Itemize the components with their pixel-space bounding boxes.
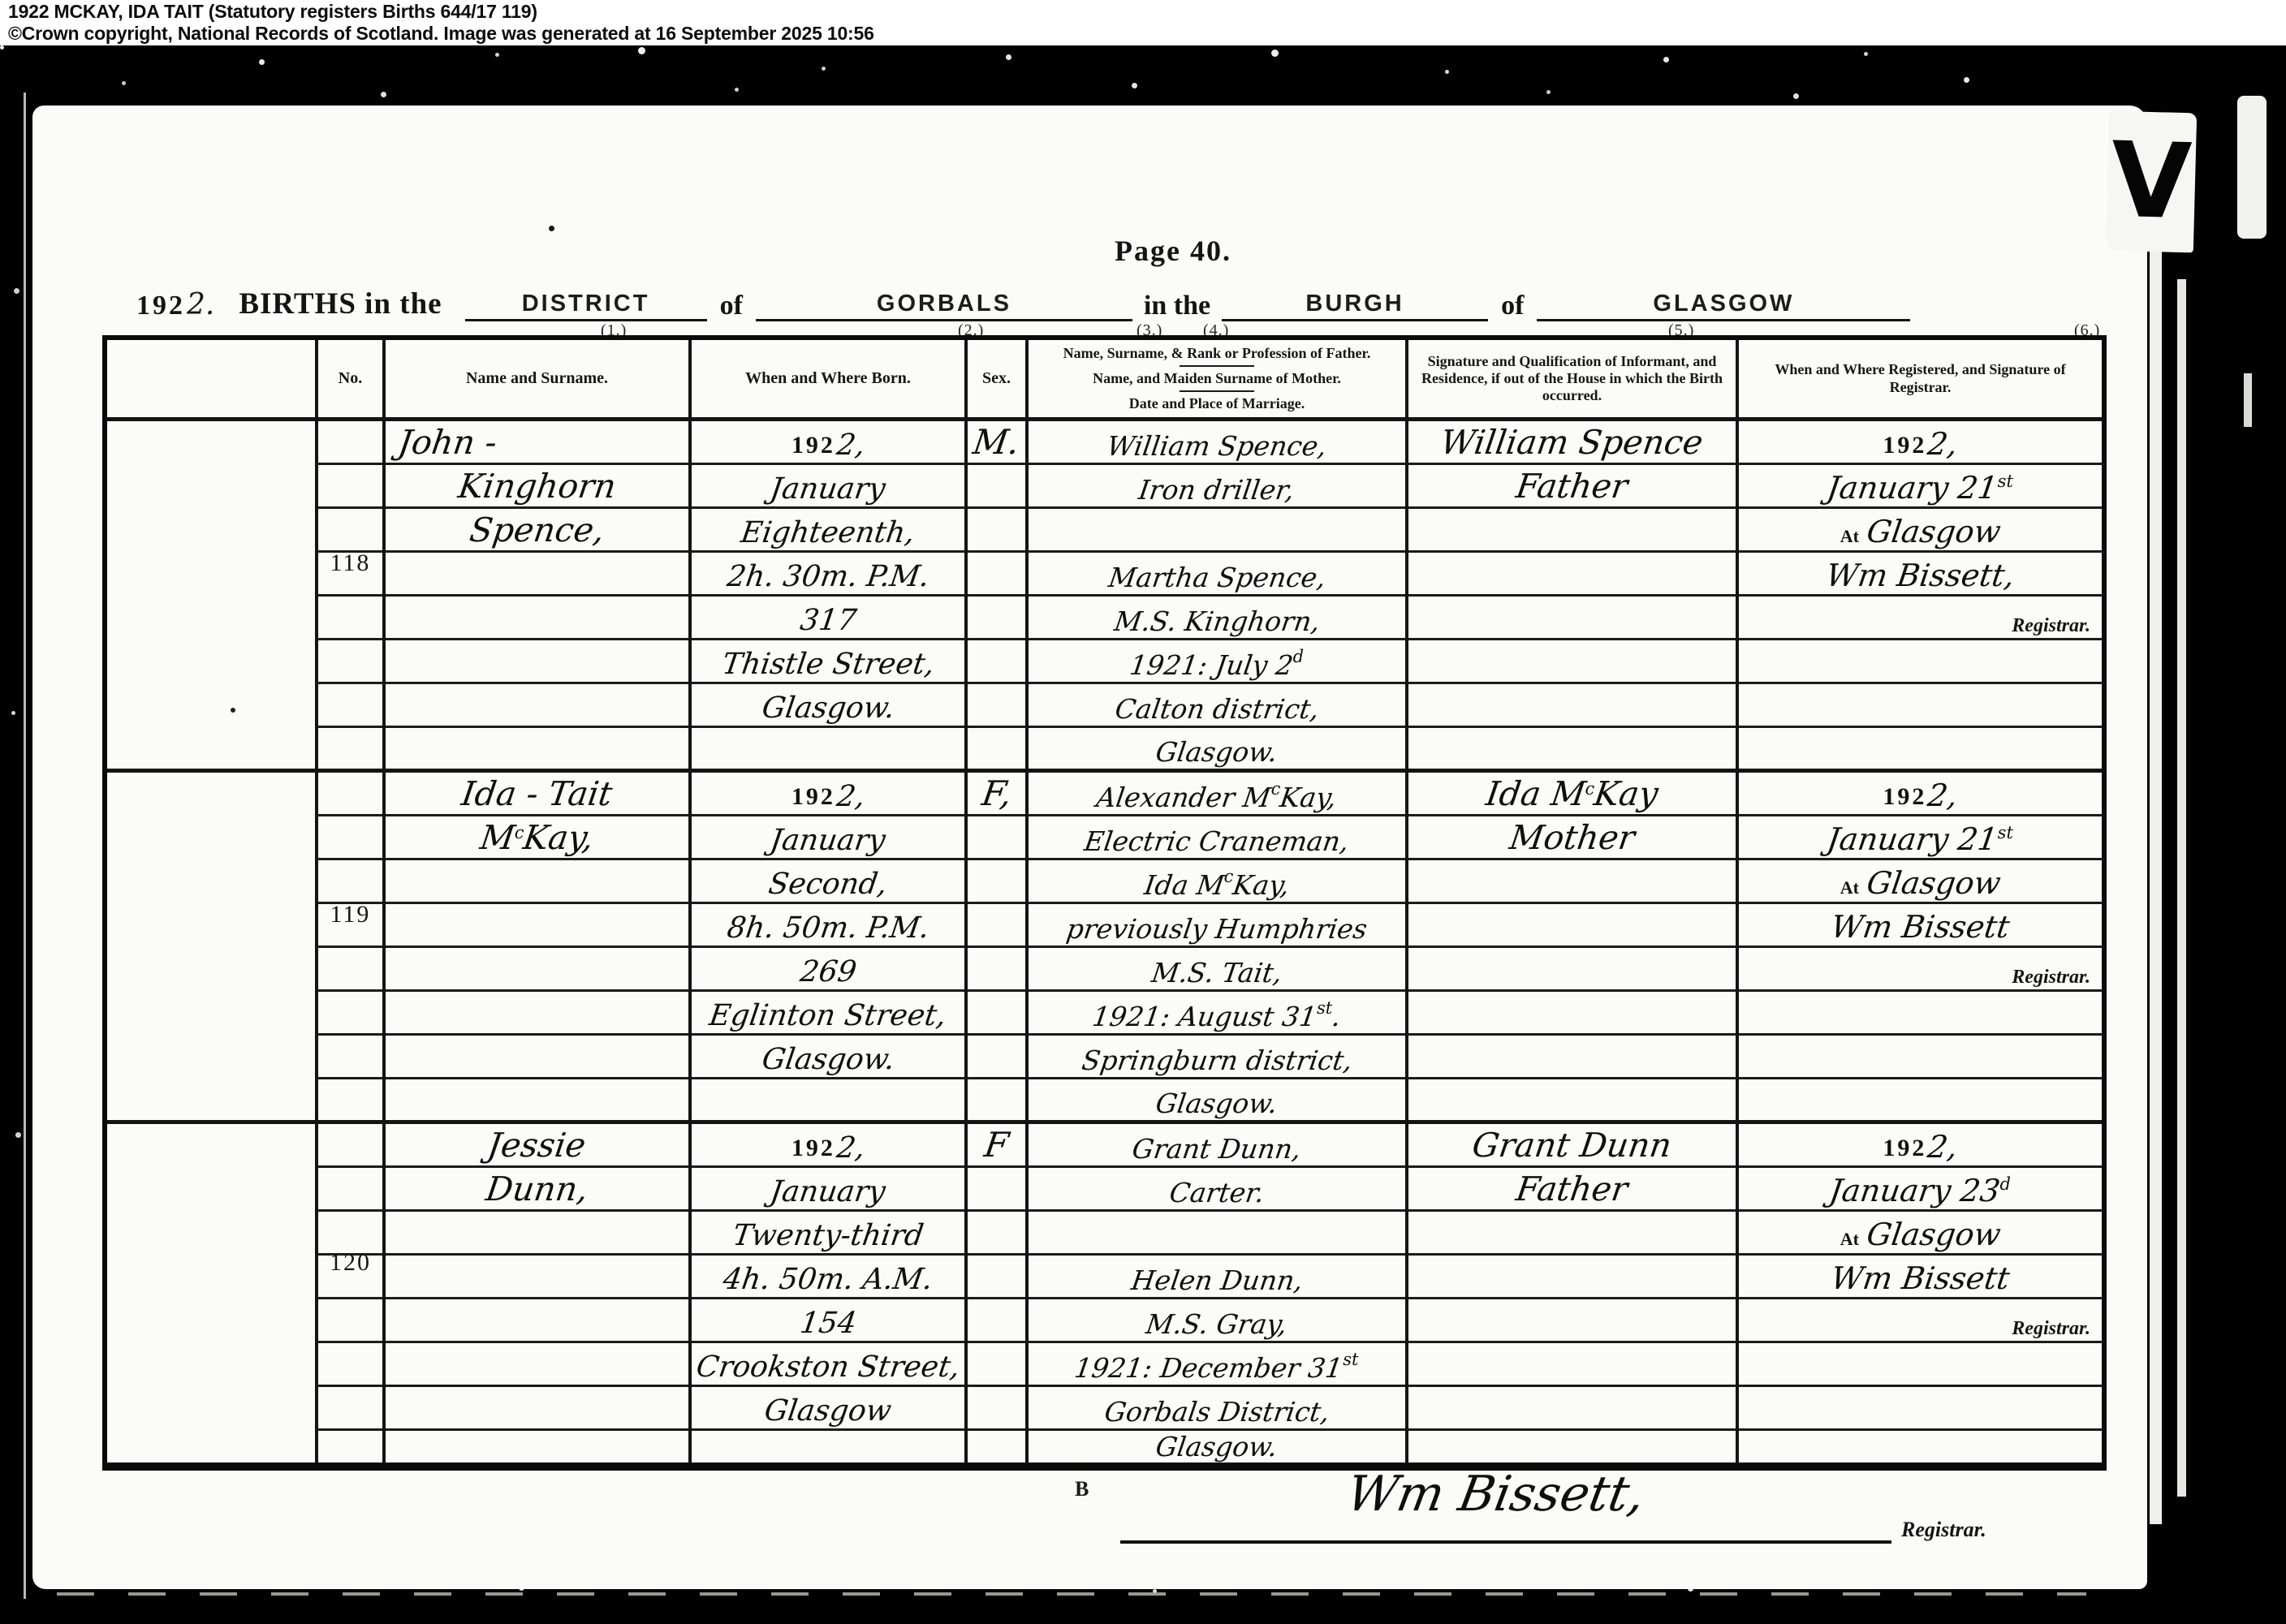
header-name-surname: Name and Surname. xyxy=(386,340,692,421)
ruled-line xyxy=(1408,1299,1736,1343)
ruled-line xyxy=(107,1079,315,1120)
ruled-line xyxy=(968,640,1025,684)
screenshot-root: 1922 MCKAY, IDA TAIT (Statutory register… xyxy=(0,0,2286,1624)
ruled-line xyxy=(968,1387,1025,1431)
entry-line: Springburn district, xyxy=(1029,1036,1405,1079)
ruled-line xyxy=(386,1079,688,1120)
cell-margin xyxy=(107,773,318,1124)
ruled-line xyxy=(968,992,1025,1036)
entry-line: Grant Dunn, xyxy=(1029,1124,1405,1168)
entry-line: Registrar. xyxy=(1739,948,2102,992)
ruled-line xyxy=(1408,553,1736,597)
cell-registered: 1922,January 21stAtGlasgowWm BissettRegi… xyxy=(1739,773,2102,1124)
ruled-line xyxy=(107,597,315,640)
ruled-line xyxy=(107,553,315,597)
ruled-line xyxy=(968,816,1025,860)
title-of-2: of xyxy=(1501,291,1524,321)
viewer-header-bar: 1922 MCKAY, IDA TAIT (Statutory register… xyxy=(0,0,2286,45)
ruled-line xyxy=(107,1431,315,1462)
entry-line: Thistle Street, xyxy=(692,640,964,684)
entry-line: AtGlasgow xyxy=(1739,509,2102,553)
cell-sex: F, xyxy=(968,773,1029,1124)
ruled-line xyxy=(1408,1036,1736,1079)
entry-line: M.S. Tait, xyxy=(1029,948,1405,992)
ruled-line xyxy=(1408,684,1736,728)
entry-line: Ida McKay xyxy=(1408,773,1736,816)
ink-speck xyxy=(549,226,554,231)
ink-speck xyxy=(231,708,235,713)
register-title-line: 192 2. BIRTHS in the DISTRICT of GORBALS… xyxy=(136,281,1910,321)
ruled-line xyxy=(386,1387,688,1431)
entry-line: Alexander McKay, xyxy=(1029,773,1405,816)
ruled-line xyxy=(386,1431,688,1462)
entry-line: Second, xyxy=(692,860,964,904)
page-edge-strip xyxy=(2150,250,2162,1524)
ruled-line xyxy=(107,992,315,1036)
ruled-line xyxy=(1029,1212,1405,1256)
cell-informant: Grant DunnFather xyxy=(1408,1124,1739,1462)
ruled-line xyxy=(386,992,688,1036)
ruled-line xyxy=(1408,1431,1736,1462)
ruled-line xyxy=(1739,1431,2102,1462)
ruled-line xyxy=(318,860,382,904)
entry-line: Carter. xyxy=(1029,1168,1405,1212)
ruled-line xyxy=(318,728,382,772)
entry-line: Father xyxy=(1408,1168,1736,1212)
copyright-line: ©Crown copyright, National Records of Sc… xyxy=(8,23,874,45)
ruled-line xyxy=(386,1036,688,1079)
ruled-line xyxy=(1408,948,1736,992)
ruled-line xyxy=(1739,992,2102,1036)
catalogue-title: 1922 MCKAY, IDA TAIT (Statutory register… xyxy=(8,1,537,23)
ruled-line xyxy=(1408,1343,1736,1387)
ruled-line xyxy=(107,1168,315,1212)
entry-number: 120 xyxy=(318,1249,382,1277)
title-district-value: GORBALS xyxy=(756,291,1132,321)
entry-line: Glasgow. xyxy=(692,1036,964,1079)
ruled-line xyxy=(107,816,315,860)
ruled-line xyxy=(968,728,1025,769)
ruled-line xyxy=(107,509,315,553)
ruled-line xyxy=(1408,992,1736,1036)
entry-line: 1922, xyxy=(692,773,964,816)
cell-sex: F xyxy=(968,1124,1029,1462)
cell-parents: Alexander McKay,Electric Craneman,Ida Mc… xyxy=(1029,773,1408,1124)
entry-line: 1922, xyxy=(1739,421,2102,465)
ruled-line xyxy=(1739,640,2102,684)
entry-line: Grant Dunn xyxy=(1408,1124,1736,1168)
ruled-line xyxy=(107,948,315,992)
ruled-line xyxy=(318,465,382,509)
entry-line: Spence, xyxy=(386,509,688,553)
section-letter: B xyxy=(1075,1477,1089,1501)
entry-line: John - xyxy=(386,421,688,465)
header-sex: Sex. xyxy=(968,340,1029,421)
ruled-line xyxy=(107,1036,315,1079)
entry-line: 269 xyxy=(692,948,964,992)
entry-line: William Spence xyxy=(1408,421,1736,465)
ruled-line xyxy=(968,1079,1025,1120)
entry-line: M. xyxy=(968,421,1025,465)
ruled-line xyxy=(1739,1036,2102,1079)
title-year-hand: 2. xyxy=(187,288,214,321)
ruled-line xyxy=(968,509,1025,553)
ruled-line xyxy=(318,1036,382,1079)
entry-line: Glasgow. xyxy=(1029,1079,1405,1120)
entry-line: Crookston Street, xyxy=(692,1343,964,1387)
ruled-line xyxy=(386,553,688,597)
ruled-line xyxy=(386,1343,688,1387)
entry-line: 1922, xyxy=(692,1124,964,1168)
ruled-line xyxy=(386,1256,688,1299)
header-parents-mother: Name, and Maiden Surname of Mother. xyxy=(1093,370,1341,387)
entry-number: 118 xyxy=(318,549,382,577)
title-district-word: DISTRICT xyxy=(465,291,707,321)
cell-born: 1922,JanuaryTwenty-third4h. 50m. A.M.154… xyxy=(692,1124,968,1462)
ruled-line xyxy=(1408,860,1736,904)
cell-margin xyxy=(107,421,318,773)
registrar-signature-line xyxy=(1120,1540,1891,1544)
ruled-line xyxy=(1739,1387,2102,1431)
ruled-line xyxy=(968,1212,1025,1256)
entry-line: January 21st xyxy=(1739,465,2102,509)
ruled-line xyxy=(386,1299,688,1343)
ruled-line xyxy=(1408,509,1736,553)
ruled-line xyxy=(107,1124,315,1168)
cell-informant: Ida McKayMother xyxy=(1408,773,1739,1124)
ruled-line xyxy=(107,904,315,948)
ruled-line xyxy=(318,816,382,860)
ruled-line xyxy=(318,597,382,640)
entry-line: Glasgow xyxy=(692,1387,964,1431)
entry-line: Dunn, xyxy=(386,1168,688,1212)
ruled-line xyxy=(1739,1343,2102,1387)
ruled-line xyxy=(1029,509,1405,553)
ruled-line xyxy=(107,640,315,684)
title-burgh-value: GLASGOW xyxy=(1537,291,1910,321)
cell-parents: William Spence,Iron driller,Martha Spenc… xyxy=(1029,421,1408,773)
entry-line: 1921: December 31st xyxy=(1029,1343,1405,1387)
ruled-line xyxy=(386,640,688,684)
register-table: No. Name and Surname. When and Where Bor… xyxy=(102,335,2107,1471)
cell-born: 1922,JanuarySecond,8h. 50m. P.M.269Eglin… xyxy=(692,773,968,1124)
entry-line: Eglinton Street, xyxy=(692,992,964,1036)
header-registered: When and Where Registered, and Signature… xyxy=(1739,340,2102,421)
page-edge-tab: V xyxy=(2106,111,2197,253)
entry-line: F xyxy=(968,1124,1025,1168)
ruled-line xyxy=(1739,1079,2102,1120)
ruled-line xyxy=(1408,1387,1736,1431)
ruled-line xyxy=(107,1299,315,1343)
ruled-line xyxy=(1408,640,1736,684)
cell-no: 119 xyxy=(318,773,386,1124)
ruled-line xyxy=(318,773,382,816)
header-divider-rule xyxy=(1180,390,1254,392)
entry-line: Glasgow. xyxy=(1029,728,1405,769)
ruled-line xyxy=(968,904,1025,948)
ruled-line xyxy=(968,465,1025,509)
ruled-line xyxy=(318,948,382,992)
ruled-line xyxy=(386,728,688,769)
entry-line: AtGlasgow xyxy=(1739,860,2102,904)
entry-line: William Spence, xyxy=(1029,421,1405,465)
ruled-line xyxy=(968,1168,1025,1212)
entry-line: McKay, xyxy=(386,816,688,860)
page-edge-strip xyxy=(2177,279,2186,1497)
title-year-print: 192 xyxy=(136,291,185,321)
entry-line: 8h. 50m. P.M. xyxy=(692,904,964,948)
entry-line: Jessie xyxy=(386,1124,688,1168)
entry-line: Ida - Tait xyxy=(386,773,688,816)
cell-name: JessieDunn, xyxy=(386,1124,692,1462)
entry-line: F, xyxy=(968,773,1025,816)
ruled-line xyxy=(107,1387,315,1431)
entry-line: Ida McKay, xyxy=(1029,860,1405,904)
header-parents: Name, Surname, & Rank or Profession of F… xyxy=(1029,340,1408,421)
header-when-where-born: When and Where Born. xyxy=(692,340,968,421)
entry-line: 1921: August 31st. xyxy=(1029,992,1405,1036)
registrar-signature: Wm Bissett, xyxy=(1343,1466,1650,1523)
ruled-line xyxy=(968,860,1025,904)
entry-line: Father xyxy=(1408,465,1736,509)
ruled-line xyxy=(968,597,1025,640)
entry-line: AtGlasgow xyxy=(1739,1212,2102,1256)
header-parents-father: Name, Surname, & Rank or Profession of F… xyxy=(1063,345,1371,362)
ruled-line xyxy=(692,1079,964,1120)
ruled-line xyxy=(318,684,382,728)
cell-registered: 1922,January 23dAtGlasgowWm BissettRegis… xyxy=(1739,1124,2102,1462)
entry-line: M.S. Gray, xyxy=(1029,1299,1405,1343)
entry-line: Gorbals District, xyxy=(1029,1387,1405,1431)
ruled-line xyxy=(386,860,688,904)
ruled-line xyxy=(968,1299,1025,1343)
title-burgh-word: BURGH xyxy=(1222,291,1488,321)
v-mark-letter: V xyxy=(2110,129,2193,235)
ruled-line xyxy=(968,948,1025,992)
entry-line: January 21st xyxy=(1739,816,2102,860)
ruled-line xyxy=(968,1256,1025,1299)
ruled-line xyxy=(107,860,315,904)
entry-line: Wm Bissett xyxy=(1739,1256,2102,1299)
cell-sex: M. xyxy=(968,421,1029,773)
cell-born: 1922,JanuaryEighteenth,2h. 30m. P.M.317T… xyxy=(692,421,968,773)
ruled-line xyxy=(318,1124,382,1168)
cell-parents: Grant Dunn,Carter.Helen Dunn,M.S. Gray,1… xyxy=(1029,1124,1408,1462)
entry-line: Wm Bissett, xyxy=(1739,553,2102,597)
entry-line: Martha Spence, xyxy=(1029,553,1405,597)
ruled-line xyxy=(386,597,688,640)
header-informant: Signature and Qualification of Informant… xyxy=(1408,340,1739,421)
entry-line: Registrar. xyxy=(1739,1299,2102,1343)
ruled-line xyxy=(107,728,315,769)
ruled-line xyxy=(968,1343,1025,1387)
ruled-line xyxy=(318,640,382,684)
entry-line: 317 xyxy=(692,597,964,640)
cell-margin xyxy=(107,1124,318,1462)
ruled-line xyxy=(1408,728,1736,769)
entry-line: previously Humphries xyxy=(1029,904,1405,948)
page-edge-fragment xyxy=(2237,96,2267,239)
ruled-line xyxy=(107,1212,315,1256)
entry-line: 1922, xyxy=(1739,1124,2102,1168)
ruled-line xyxy=(318,992,382,1036)
page-edge-fragment xyxy=(2244,373,2252,427)
entry-line: 2h. 30m. P.M. xyxy=(692,553,964,597)
ruled-line xyxy=(318,509,382,553)
entry-line: Eighteenth, xyxy=(692,509,964,553)
entry-line: Calton district, xyxy=(1029,684,1405,728)
ruled-line xyxy=(318,1387,382,1431)
ruled-line xyxy=(318,1343,382,1387)
page-edge-left xyxy=(24,93,26,1599)
ruled-line xyxy=(1408,1212,1736,1256)
ruled-line xyxy=(107,1343,315,1387)
page-number-label: Page 40. xyxy=(1051,234,1295,268)
ruled-line xyxy=(318,421,382,465)
entry-number: 119 xyxy=(318,901,382,928)
ruled-line xyxy=(692,1431,964,1462)
ruled-line xyxy=(107,465,315,509)
header-margin-column xyxy=(107,340,318,421)
ruled-line xyxy=(318,1431,382,1462)
cell-no: 120 xyxy=(318,1124,386,1462)
ruled-line xyxy=(968,553,1025,597)
entry-line: M.S. Kinghorn, xyxy=(1029,597,1405,640)
entry-line: Mother xyxy=(1408,816,1736,860)
entry-line: Glasgow. xyxy=(692,684,964,728)
entry-line: 4h. 50m. A.M. xyxy=(692,1256,964,1299)
scan-noise xyxy=(0,45,4,50)
ruled-line xyxy=(107,773,315,816)
entry-line: January xyxy=(692,465,964,509)
entry-line: 154 xyxy=(692,1299,964,1343)
entry-line: 1922, xyxy=(1739,773,2102,816)
ruled-line xyxy=(692,728,964,769)
scan-bottom-noise xyxy=(57,1592,2086,1596)
header-divider-rule xyxy=(1180,365,1254,367)
cell-informant: William SpenceFather xyxy=(1408,421,1739,773)
ruled-line xyxy=(386,904,688,948)
ruled-line xyxy=(107,684,315,728)
entry-line: Helen Dunn, xyxy=(1029,1256,1405,1299)
register-page: Page 40. 192 2. BIRTHS in the DISTRICT o… xyxy=(32,106,2147,1589)
cell-name: John -KinghornSpence, xyxy=(386,421,692,773)
entry-line: Electric Craneman, xyxy=(1029,816,1405,860)
ruled-line xyxy=(318,1168,382,1212)
scan-area: Page 40. 192 2. BIRTHS in the DISTRICT o… xyxy=(0,45,2286,1624)
header-parents-marriage: Date and Place of Marriage. xyxy=(1129,395,1305,412)
entry-line: Glasgow. xyxy=(1029,1431,1405,1462)
ruled-line xyxy=(318,1079,382,1123)
ruled-line xyxy=(1408,904,1736,948)
ruled-line xyxy=(107,1256,315,1299)
entry-line: Registrar. xyxy=(1739,597,2102,640)
entry-line: Iron driller, xyxy=(1029,465,1405,509)
entry-line: 1922, xyxy=(692,421,964,465)
title-births-label: BIRTHS in the xyxy=(239,286,442,321)
entry-line: January xyxy=(692,816,964,860)
ruled-line xyxy=(1408,1079,1736,1120)
entry-line: Twenty-third xyxy=(692,1212,964,1256)
header-no: No. xyxy=(318,340,386,421)
title-of-1: of xyxy=(720,291,743,321)
ruled-line xyxy=(386,1212,688,1256)
ruled-line xyxy=(1408,1256,1736,1299)
title-in-the: in the xyxy=(1144,291,1210,321)
ruled-line xyxy=(107,421,315,465)
registrar-label: Registrar. xyxy=(1901,1518,1986,1542)
cell-registered: 1922,January 21stAtGlasgowWm Bissett,Reg… xyxy=(1739,421,2102,773)
ruled-line xyxy=(318,1299,382,1343)
ruled-line xyxy=(1739,684,2102,728)
entry-line: Wm Bissett xyxy=(1739,904,2102,948)
entry-line: January 23d xyxy=(1739,1168,2102,1212)
ruled-line xyxy=(386,948,688,992)
entry-line: Kinghorn xyxy=(386,465,688,509)
ruled-line xyxy=(386,684,688,728)
entry-line: January xyxy=(692,1168,964,1212)
ruled-line xyxy=(968,1431,1025,1462)
ruled-line xyxy=(1739,728,2102,769)
ruled-line xyxy=(968,684,1025,728)
cell-name: Ida - TaitMcKay, xyxy=(386,773,692,1124)
cell-no: 118 xyxy=(318,421,386,773)
ruled-line xyxy=(1408,597,1736,640)
ruled-line xyxy=(968,1036,1025,1079)
entry-line: 1921: July 2d xyxy=(1029,640,1405,684)
